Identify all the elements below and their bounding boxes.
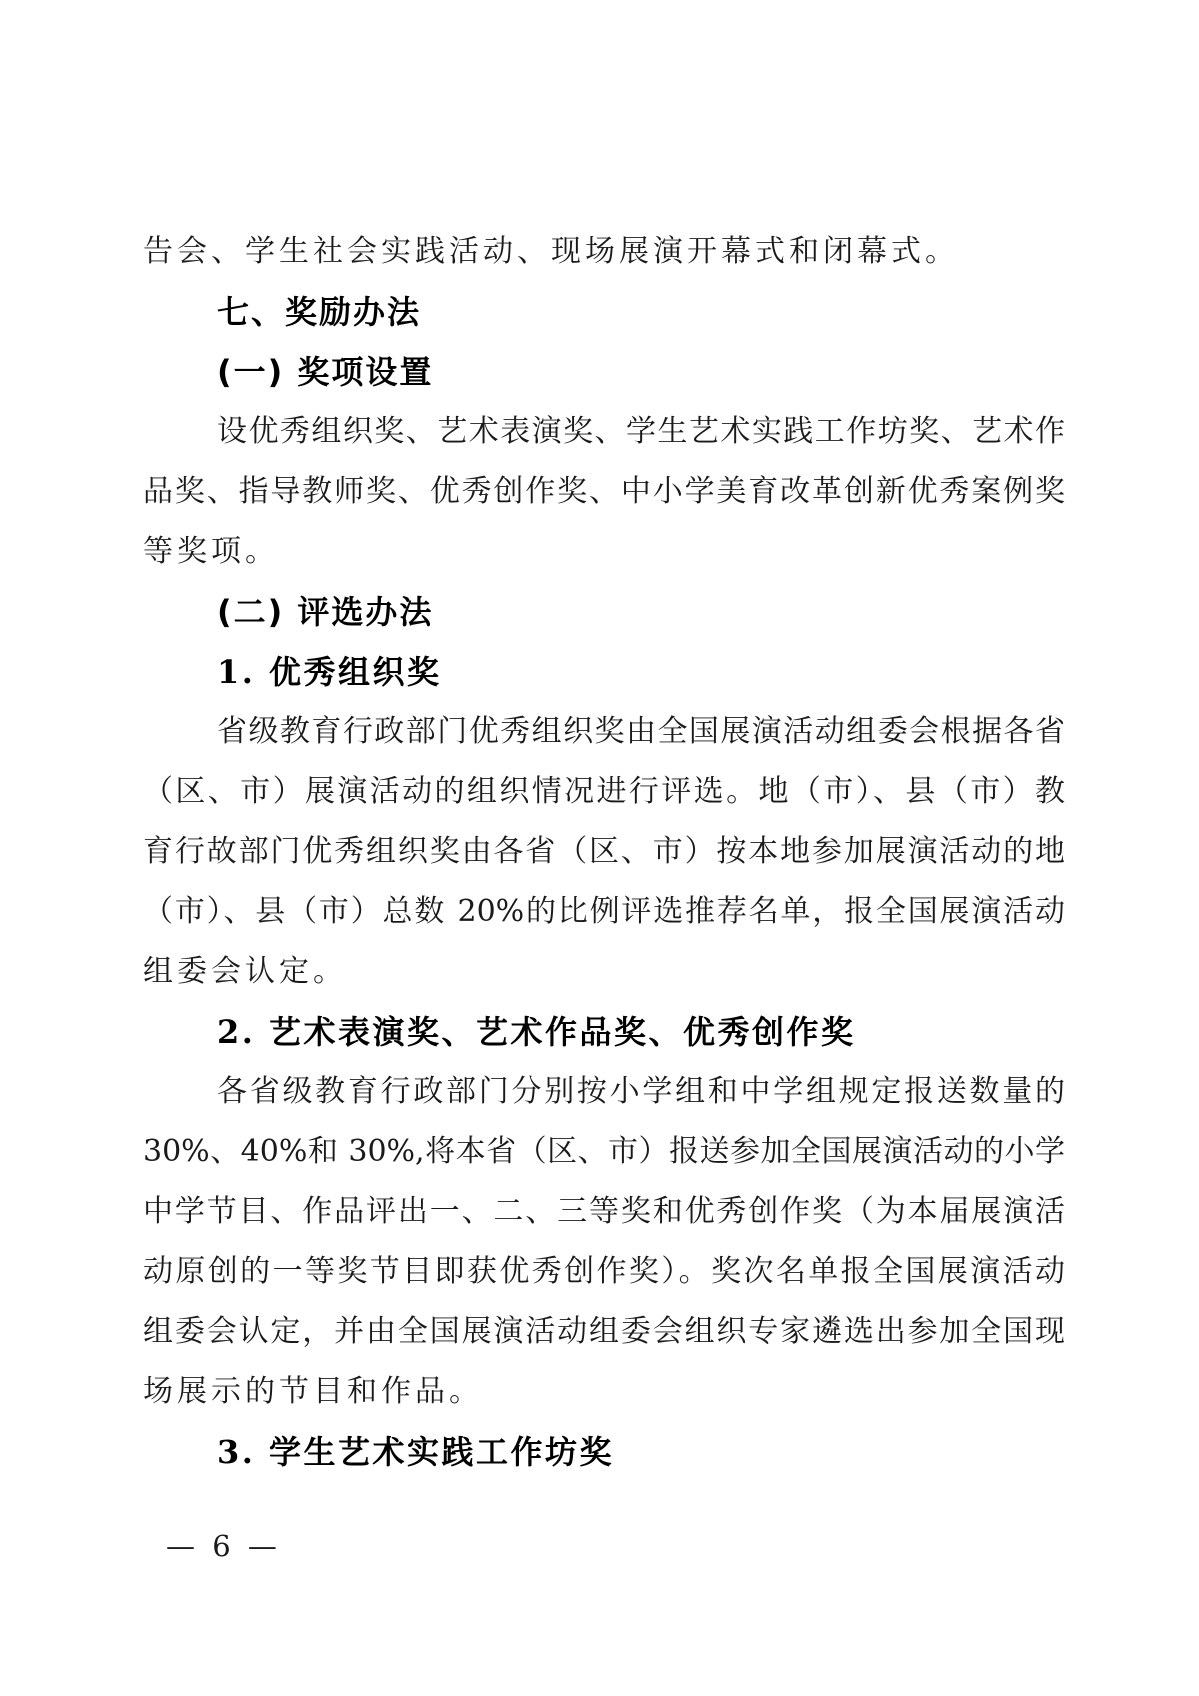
body-text-line: 品奖、指导教师奖、优秀创作奖、中小学美育改革创新优秀案例奖: [143, 462, 1065, 522]
body-text-line: 中学节目、作品评出一、二、三等奖和优秀创作奖（为本届展演活: [143, 1182, 1065, 1242]
body-text-line: 各省级教育行政部门分别按小学组和中学组规定报送数量的: [143, 1062, 1065, 1122]
body-text-line: （市）、县（市）总数 20%的比例评选推荐名单，报全国展演活动: [143, 882, 1065, 942]
section-heading: 七、奖励办法: [143, 282, 1065, 342]
subsection-heading: (二) 评选办法: [143, 582, 1065, 642]
body-text-line: 30%、40%和 30%,将本省（区、市）报送参加全国展演活动的小学和: [143, 1122, 1065, 1182]
document-body: 告会、学生社会实践活动、现场展演开幕式和闭幕式。七、奖励办法(一) 奖项设置设优…: [143, 222, 1065, 1482]
body-text-line: 育行故部门优秀组织奖由各省（区、市）按本地参加展演活动的地: [143, 822, 1065, 882]
body-text-line: 告会、学生社会实践活动、现场展演开幕式和闭幕式。: [143, 222, 1065, 282]
body-text-line: 组委会认定，并由全国展演活动组委会组织专家遴选出参加全国现: [143, 1302, 1065, 1362]
body-text-line: （区、市）展演活动的组织情况进行评选。地（市）、县（市）教: [143, 762, 1065, 822]
body-text-line: 设优秀组织奖、艺术表演奖、学生艺术实践工作坊奖、艺术作: [143, 402, 1065, 462]
body-text-line: 场展示的节目和作品。: [143, 1362, 1065, 1422]
document-page: 告会、学生社会实践活动、现场展演开幕式和闭幕式。七、奖励办法(一) 奖项设置设优…: [0, 0, 1199, 1696]
numbered-heading: 3. 学生艺术实践工作坊奖: [143, 1422, 1065, 1482]
body-text-line: 组委会认定。: [143, 942, 1065, 1002]
page-number-footer: — 6 —: [166, 1516, 281, 1576]
body-text-line: 省级教育行政部门优秀组织奖由全国展演活动组委会根据各省: [143, 702, 1065, 762]
subsection-heading: (一) 奖项设置: [143, 342, 1065, 402]
numbered-heading: 2. 艺术表演奖、艺术作品奖、优秀创作奖: [143, 1002, 1065, 1062]
numbered-heading: 1. 优秀组织奖: [143, 642, 1065, 702]
body-text-line: 动原创的一等奖节目即获优秀创作奖）。奖次名单报全国展演活动: [143, 1242, 1065, 1302]
body-text-line: 等奖项。: [143, 522, 1065, 582]
